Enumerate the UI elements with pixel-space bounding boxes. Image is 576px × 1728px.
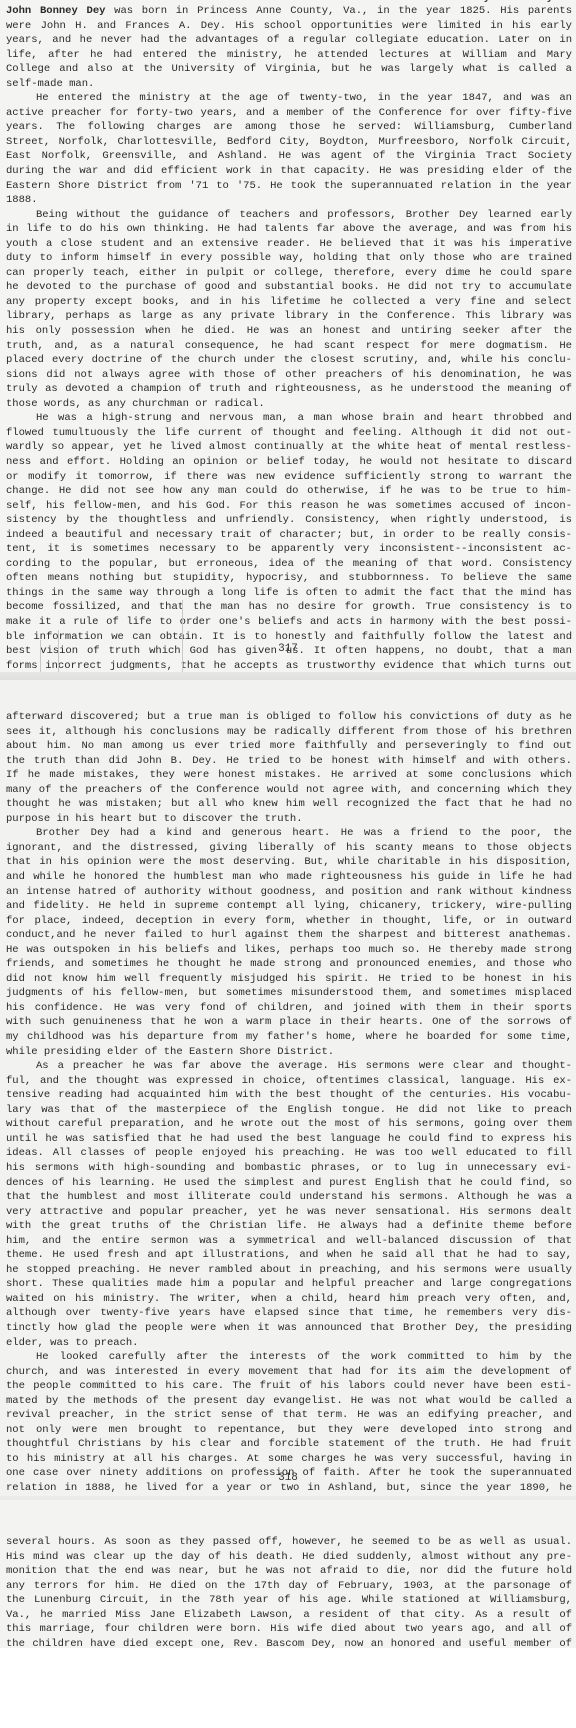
text-line: things in the same way through a long li… bbox=[6, 586, 572, 601]
text-line: ble information we can obtain. It is to … bbox=[6, 630, 572, 645]
text-line: ful, and the thought was expressed in ch… bbox=[6, 1074, 572, 1089]
text-line: the Lunenburg Circuit, in the 78th year … bbox=[6, 1593, 572, 1608]
text-line: tent, it is sometimes necessary to be ap… bbox=[6, 542, 572, 557]
text-line: waited on his ministry. The writer, when… bbox=[6, 1292, 572, 1307]
text-line: for place, indeed, deception in every fo… bbox=[6, 914, 572, 929]
text-line: active preacher for forty-two years, and… bbox=[6, 106, 572, 121]
text-line: very attractive and popular preacher, ye… bbox=[6, 1205, 572, 1220]
page-number: 317 bbox=[0, 643, 576, 655]
text-line: Street, Norfolk, Charlottesville, Bedfor… bbox=[6, 135, 572, 150]
text-line: his only possession when he died. He was… bbox=[6, 324, 572, 339]
text-line: many of the preachers of the Conference … bbox=[6, 783, 572, 798]
text-line: his sermons with high-sounding and bomba… bbox=[6, 1161, 572, 1176]
text-line: wardly so appear, yet he lived almost co… bbox=[6, 440, 572, 455]
text-line: Va., he married Miss Jane Elizabeth Laws… bbox=[6, 1608, 572, 1623]
text-line: He looked carefully after the interests … bbox=[6, 1350, 572, 1365]
text-line: with the great truths of the Christian l… bbox=[6, 1219, 572, 1234]
text-line: those words, as any churchman or radical… bbox=[6, 397, 572, 412]
text-line: without careful preparation, and he wrot… bbox=[6, 1117, 572, 1132]
text-line: short. These qualities made him a popula… bbox=[6, 1277, 572, 1292]
text-line: cording to the popular, but erroneous, i… bbox=[6, 557, 572, 572]
text-line: become fossilized, and that the man has … bbox=[6, 600, 572, 615]
text-line: not only were men brought to repentance,… bbox=[6, 1423, 572, 1438]
text-line: although over twenty-five years have ela… bbox=[6, 1306, 572, 1321]
text-line: sistency by the thoughtless and unfriend… bbox=[6, 513, 572, 528]
page-317: by J. W. Keyser John Bonney Dey was born… bbox=[0, 0, 576, 680]
text-line: Being without the guidance of teachers a… bbox=[6, 208, 572, 223]
text-line: years. The following charges are among t… bbox=[6, 120, 572, 135]
text-line: purpose in his heart but to discover the… bbox=[6, 812, 572, 827]
text-line: revival preacher, in the strict sense of… bbox=[6, 1408, 572, 1423]
text-line: he devoted to the purchase of good and s… bbox=[6, 280, 572, 295]
text-line: that in his opinion were the most deserv… bbox=[6, 855, 572, 870]
text-line: during the war and did efficient work in… bbox=[6, 164, 572, 179]
text-line: truth, and, as a natural consequence, he… bbox=[6, 339, 572, 354]
subject-name: John Bonney Dey bbox=[6, 5, 105, 17]
text-line: indeed a beautiful and necessary trait o… bbox=[6, 528, 572, 543]
text-line: forms incorrect judgments, that he accep… bbox=[6, 659, 572, 674]
text-line: until he was satisfied that he had used … bbox=[6, 1132, 572, 1147]
text-line: and fidelity. He held in supreme contemp… bbox=[6, 899, 572, 914]
text-line: ideas. All classes of people enjoyed his… bbox=[6, 1146, 572, 1161]
text-line: judgments of his fellow-men, but sometim… bbox=[6, 986, 572, 1001]
text-line: 1888. bbox=[6, 193, 572, 208]
text-line: church, and was interested in every move… bbox=[6, 1365, 572, 1380]
text-line: afterward discovered; but a true man is … bbox=[6, 710, 572, 725]
text-line: ignorant, and the distressed, giving lib… bbox=[6, 841, 572, 856]
text-line: library, perhaps as large as any private… bbox=[6, 309, 572, 324]
text-line: sees it, although his conclusions may be… bbox=[6, 725, 572, 740]
text-line: tensive reading had acquainted him with … bbox=[6, 1088, 572, 1103]
page-319: several hours. As soon as they passed of… bbox=[0, 1500, 576, 1648]
text-line: any property except books, and in his li… bbox=[6, 295, 572, 310]
text-line: often means nothing but stupidity, hypoc… bbox=[6, 571, 572, 586]
text-line: in life to do his own thinking. He had t… bbox=[6, 222, 572, 237]
text-line: make it a rule of life to order one's be… bbox=[6, 615, 572, 630]
text-line: tinctly how glad the people were when it… bbox=[6, 1321, 572, 1336]
text-line: youth a close student and an extensive r… bbox=[6, 237, 572, 252]
text-line: dences of his learning. He used the simp… bbox=[6, 1176, 572, 1191]
text-line: flowed tumultuously the life current of … bbox=[6, 426, 572, 441]
text-line: about him. No man among us ever tried mo… bbox=[6, 739, 572, 754]
text-line: He was outspoken in his beliefs and like… bbox=[6, 943, 572, 958]
text-line: that the humblest and most illiterate co… bbox=[6, 1190, 572, 1205]
text-line: his confidence. He was very fond of chil… bbox=[6, 1001, 572, 1016]
text-line: life, after he had entered the ministry,… bbox=[6, 48, 572, 63]
text-line: Eastern Shore District from '71 to '75. … bbox=[6, 179, 572, 194]
text-line: thought he was mistaken; but all who kne… bbox=[6, 797, 572, 812]
text-line: elder, was to preach. bbox=[6, 1336, 572, 1351]
text-line: to his ministry at all his charges. At s… bbox=[6, 1452, 572, 1467]
text-line: lary was that of the masterpiece of the … bbox=[6, 1103, 572, 1118]
page-number: 318 bbox=[0, 1472, 576, 1484]
text-line: he stopped preaching. He never rambled a… bbox=[6, 1263, 572, 1278]
text-line: truly as devoted a champion of truth and… bbox=[6, 382, 572, 397]
text-line: the truth than did John B. Dey. He tried… bbox=[6, 754, 572, 769]
text-line: did not know him well frequently misjudg… bbox=[6, 972, 572, 987]
text-line: sions did not always agree with those of… bbox=[6, 368, 572, 383]
text-line: As a preacher he was far above the avera… bbox=[6, 1059, 572, 1074]
text-line: friends, and sometimes he thought he mad… bbox=[6, 957, 572, 972]
text-line: self, his fellow-men, and his God. For t… bbox=[6, 499, 572, 514]
text-line: East Norfolk, Greensville, and Ashland. … bbox=[6, 149, 572, 164]
blank-area bbox=[0, 1648, 576, 1728]
text-line: while presiding elder of the Eastern Sho… bbox=[6, 1045, 572, 1060]
text-line: placed every doctrine of the church unde… bbox=[6, 353, 572, 368]
text-line: an intense hatred of authority without g… bbox=[6, 885, 572, 900]
text-line: change. He did not see how any man could… bbox=[6, 484, 572, 499]
text-line: self-made man. bbox=[6, 77, 572, 92]
text-line: several hours. As soon as they passed of… bbox=[6, 1535, 572, 1550]
text-line: years, and he never had the advantages o… bbox=[6, 33, 572, 48]
scan-artifact bbox=[182, 600, 183, 680]
text-line: John Bonney Dey was born in Princess Ann… bbox=[6, 4, 572, 19]
page-318: afterward discovered; but a true man is … bbox=[0, 680, 576, 1500]
text-line: this marriage, four children were born. … bbox=[6, 1622, 572, 1637]
text-line: He entered the ministry at the age of tw… bbox=[6, 91, 572, 106]
text-line: theme. He used fresh and apt illustratio… bbox=[6, 1248, 572, 1263]
text-line: any terrors for him. He died on the 17th… bbox=[6, 1579, 572, 1594]
text-line: and while he honored the humblest man wh… bbox=[6, 870, 572, 885]
text-line: or modify it tomorrow, if there was new … bbox=[6, 470, 572, 485]
text-line: conduct,and he never failed to hurl agai… bbox=[6, 928, 572, 943]
text-line: can properly teach, either in pulpit or … bbox=[6, 266, 572, 281]
text-line: monition that the end was near, but he w… bbox=[6, 1564, 572, 1579]
text-line: with such genuineness that he won a warm… bbox=[6, 1015, 572, 1030]
text-line: the people committed to his care. The fr… bbox=[6, 1379, 572, 1394]
text-line: College and also at the University of Vi… bbox=[6, 62, 572, 77]
text-line: mated by the methods of the present day … bbox=[6, 1394, 572, 1409]
page-319-text: several hours. As soon as they passed of… bbox=[6, 1535, 572, 1666]
text-line: thoughtful Christians by his clear and f… bbox=[6, 1437, 572, 1452]
text-line: Brother Dey had a kind and generous hear… bbox=[6, 826, 572, 841]
page-317-text: John Bonney Dey was born in Princess Ann… bbox=[6, 4, 572, 702]
page-318-text: afterward discovered; but a true man is … bbox=[6, 710, 572, 1554]
text-line: He was a high-strung and nervous man, a … bbox=[6, 411, 572, 426]
text-line: ness and effort. Holding an opinion or b… bbox=[6, 455, 572, 470]
text-line: If he made mistakes, they were honest mi… bbox=[6, 768, 572, 783]
text-line: duty to inform himself in every possible… bbox=[6, 251, 572, 266]
text-line: him, and the entire sermon was a symmetr… bbox=[6, 1234, 572, 1249]
text-line: my childhood was his departure from my f… bbox=[6, 1030, 572, 1045]
text-line: His mind was clear up the day of his dea… bbox=[6, 1550, 572, 1565]
text-line: were John H. and Frances A. Dey. His sch… bbox=[6, 19, 572, 34]
